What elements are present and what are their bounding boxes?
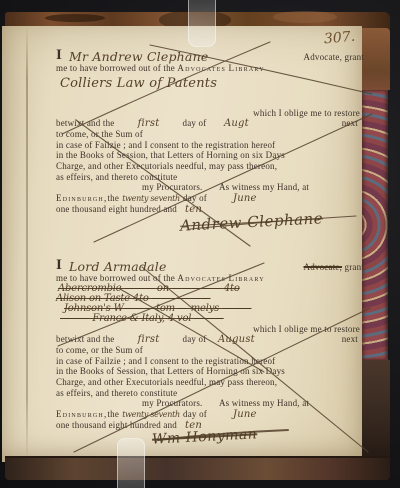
edinburgh-word: Edinburgh, (56, 409, 107, 420)
signed-day-handwritten: twenty seventh (121, 194, 181, 205)
form-spacer (56, 92, 364, 108)
grant-word: grant (345, 262, 365, 272)
page-gutter-crease (26, 26, 28, 462)
session-line: in the Books of Session, that Letters of… (56, 150, 364, 161)
year-printed: one thousand eight hundred and (56, 420, 177, 431)
borrowed-line: me to have borrowed out of the Advocates… (56, 273, 364, 284)
charge-line: Charge, and other Executorials needful, … (56, 377, 364, 388)
return-day-handwritten: first (117, 119, 181, 130)
borrowed-line: me to have borrowed out of the Advocates… (56, 63, 364, 74)
witness-label: As witness my Hand, at (219, 398, 309, 408)
form-initial: I (56, 258, 62, 273)
procurators-line: my Procurators. As witness my Hand, at (142, 182, 364, 193)
day-of-label: day of (183, 193, 207, 204)
binding-right-bottom (361, 360, 390, 460)
borrower-signature-struck: Wm Honyman (152, 429, 258, 445)
day-of-label: day of (183, 118, 207, 129)
advocate-grant-label: Advocate, grant (304, 52, 365, 63)
archive-tab-top (188, 0, 216, 47)
signed-month-handwritten: June (233, 410, 257, 421)
borrow-entry-1: I Mr Andrew Clephane Advocate, grant me … (56, 46, 364, 229)
binding-right-corner (361, 28, 390, 90)
return-month-handwritten: August (208, 335, 264, 346)
advocate-word-struck: Advocate, (304, 262, 343, 272)
signing-date-line: Edinburgh, the twenty seventh day of Jun… (56, 193, 364, 204)
sum-line: to come, or the Sum of (56, 345, 364, 356)
manuscript-page: 307. I Mr Andrew Clephane Advocate, gran… (2, 26, 362, 462)
next-label: next (342, 118, 364, 129)
next-label: next (342, 334, 364, 345)
borrower-name: Mr Andrew Clephane (69, 52, 208, 63)
signed-day-handwritten: twenty seventh (121, 410, 181, 421)
advocate-word: Advocate, (304, 52, 343, 62)
restore-line: which I oblige me to restore (56, 108, 364, 119)
struck-book-title: ——— France & Italy, 4 vol ——— (60, 314, 364, 324)
day-of-label: day of (183, 334, 207, 345)
failzie-line: in case of Failzie ; and I consent to th… (56, 140, 364, 151)
return-date-line: betwixt and the first day of Augt next (56, 118, 364, 129)
year-printed: one thousand eight hundred and (56, 204, 177, 215)
procurators-label: my Procurators. (142, 182, 203, 192)
page-number: 307. (323, 29, 355, 48)
day-of-label: day of (183, 409, 207, 420)
procurators-line: my Procurators. As witness my Hand, at (142, 398, 364, 409)
archive-tab-bottom (117, 438, 145, 488)
witness-label: As witness my Hand, at (219, 182, 309, 192)
library-word: Advocates (177, 273, 226, 283)
library-word: Library (229, 273, 265, 283)
the-word: the (107, 193, 119, 204)
edinburgh-word: Edinburgh, (56, 193, 107, 204)
restore-line: which I oblige me to restore (56, 324, 364, 335)
borrow-entry-2: I Lord Armadale Advocate, grant me to ha… (56, 256, 364, 443)
library-word: Advocates (177, 63, 226, 73)
procurators-label: my Procurators. (142, 398, 203, 408)
library-word: Library (229, 63, 265, 73)
advocate-grant-label: Advocate, grant (304, 262, 365, 273)
borrowed-prefix: me to have borrowed out of the (56, 63, 175, 73)
return-day-handwritten: first (117, 335, 181, 346)
effeirs-line: as effeirs, and thereto constitute (56, 172, 364, 183)
charge-line: Charge, and other Executorials needful, … (56, 161, 364, 172)
signature-row: Wm Honyman (152, 432, 364, 444)
photo-backdrop: 307. I Mr Andrew Clephane Advocate, gran… (0, 0, 400, 488)
effeirs-line: as effeirs, and thereto constitute (56, 388, 364, 399)
session-line: in the Books of Session, that Letters of… (56, 366, 364, 377)
borrower-name: Lord Armadale (69, 262, 167, 273)
signed-year-handwritten: ten (185, 205, 202, 216)
form-initial: I (56, 48, 62, 63)
borrowed-prefix: me to have borrowed out of the (56, 273, 175, 283)
entry-opening-line: I Mr Andrew Clephane Advocate, grant (56, 46, 364, 63)
return-month-handwritten: Augt (208, 119, 264, 130)
binding-bottom-edge (5, 456, 390, 480)
return-date-line: betwixt and the first day of August next (56, 334, 364, 345)
signed-month-handwritten: June (233, 194, 257, 205)
signature-row: Andrew Clephane (180, 217, 364, 230)
the-word: the (107, 409, 119, 420)
signing-date-line: Edinburgh, the twenty seventh day of Jun… (56, 409, 364, 420)
grant-word: grant (345, 52, 365, 62)
marbled-fore-edge (362, 90, 388, 360)
failzie-line: in case of Failzie ; and I consent to th… (56, 356, 364, 367)
borrowed-book-title: Colliers Law of Patents (60, 76, 364, 92)
betwixt-prefix: betwixt and the (56, 118, 115, 129)
betwixt-prefix: betwixt and the (56, 334, 115, 345)
entry-opening-line: I Lord Armadale Advocate, grant (56, 256, 364, 273)
sum-line: to come, or the Sum of (56, 129, 364, 140)
borrower-signature: Andrew Clephane (180, 213, 324, 231)
